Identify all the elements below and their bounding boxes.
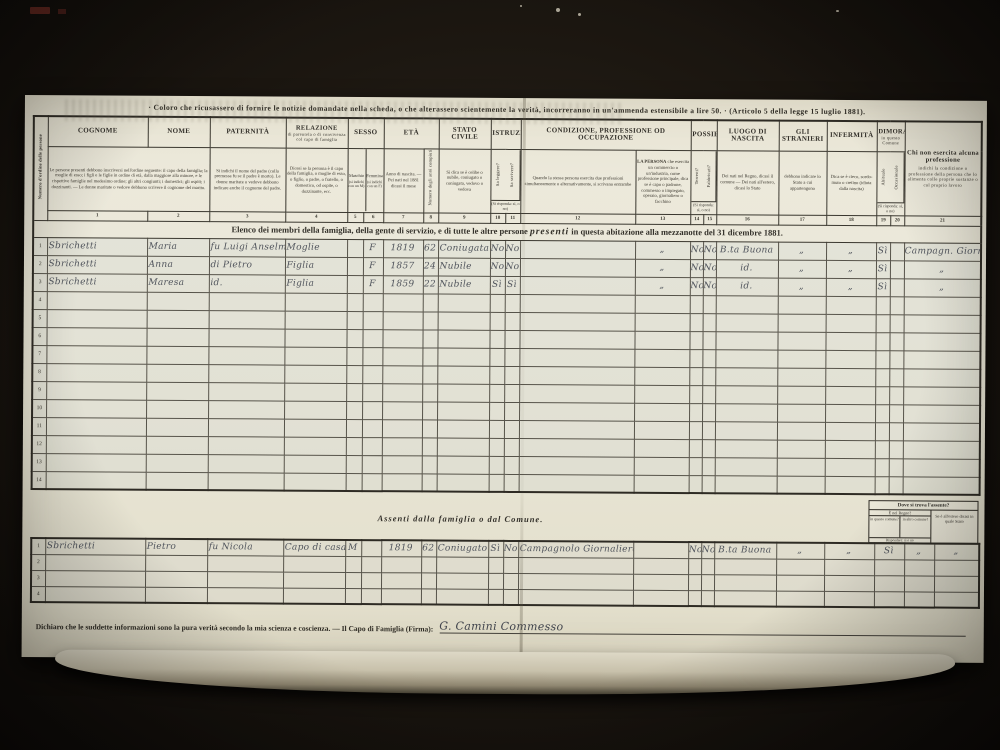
cell-fabbricati [702, 457, 715, 475]
col-num: 14 [690, 214, 703, 224]
cell-fabbricati [703, 313, 716, 331]
cell-anni [423, 293, 438, 311]
desc-dimora: Abituale Occasionale (Si risponda: sì, o… [876, 151, 904, 215]
cell-terreni: No [690, 259, 703, 277]
cell-row-number: 1 [31, 538, 45, 554]
cell-dimora-occasionale [889, 404, 903, 422]
col-num: 1 [47, 210, 147, 221]
cell-condizione [519, 384, 634, 403]
cell-sa-leggere [488, 589, 503, 605]
cell-relazione [284, 329, 346, 347]
col-num: 2 [147, 211, 209, 221]
cell-la-persona [633, 574, 688, 590]
cell-dimora-occasionale [890, 296, 904, 314]
cell-cognome: Sbrichetti [47, 255, 147, 274]
cell-relazione: Figlia [285, 257, 347, 275]
cell-row-number: 12 [32, 435, 46, 453]
cell-dimora-occasionale [890, 242, 904, 260]
cell-dimora-occasionale [889, 458, 903, 476]
cell-stato-civile [437, 456, 489, 474]
cell-anno-nascita [383, 293, 423, 311]
cell-cognome [46, 399, 146, 418]
cell-anno-nascita: 1819 [383, 239, 423, 257]
cell-anni [421, 572, 436, 588]
cell-anno-nascita [381, 556, 421, 572]
cell-femmina [361, 588, 381, 604]
cell-dimora-occasionale [889, 350, 903, 368]
cell-sa-scrivere [503, 557, 518, 573]
cell-anno-nascita: 1819 [381, 540, 421, 556]
cell-dimora-occasionale [889, 332, 903, 350]
cell-paternita [207, 571, 283, 587]
cell-nome [146, 436, 208, 454]
occasionale-label: Occasionale [890, 152, 904, 202]
relazione-sublabel: di parentela o di convivenza col capo di… [287, 131, 346, 141]
cell-stranieri: „ [778, 242, 826, 260]
cell-dimora-abituale [875, 386, 889, 404]
cell-stato-civile [437, 402, 489, 420]
cell-sa-scrivere [504, 348, 519, 366]
cell-chi-non-esercita [903, 404, 980, 422]
cell-chi-non-esercita [903, 440, 980, 458]
cell-stranieri [777, 350, 825, 368]
cell-row-number: 11 [32, 417, 46, 435]
cell-fabbricati [701, 590, 714, 606]
cell-sa-scrivere [504, 330, 519, 348]
cell-sa-leggere [489, 420, 504, 438]
dust-speck [520, 5, 522, 7]
dust-speck [836, 10, 839, 12]
cell-stranieri: „ [776, 543, 824, 559]
maschio-label: Maschio [349, 172, 364, 177]
terreni-label: Terreni? [691, 151, 703, 201]
cell-condizione [518, 557, 633, 574]
cell-chi-non-esercita: „ [904, 260, 981, 278]
cell-dimora-occasionale [889, 440, 903, 458]
cell-maschio: M [345, 540, 361, 556]
cell-terreni [690, 295, 703, 313]
cell-terreni [689, 331, 702, 349]
cell-maschio [347, 257, 363, 275]
cell-terreni: No [688, 542, 701, 558]
cell-stranieri [777, 332, 825, 350]
cell-fabbricati [701, 574, 714, 590]
cell-relazione [283, 572, 345, 588]
cell-row-number: 2 [33, 255, 47, 273]
cell-stranieri [777, 440, 825, 458]
cell-relazione [283, 588, 345, 604]
cell-fabbricati: No [703, 241, 716, 259]
cell-infermita: „ [826, 278, 876, 296]
cell-condizione [520, 276, 635, 295]
cell-maschio [346, 365, 362, 383]
cell-anni [422, 437, 437, 455]
cell-infermita [825, 386, 875, 404]
cell-anno-nascita: 1857 [383, 257, 423, 275]
cell-luogo-nascita: B.ta Buona [714, 542, 776, 558]
cell-stranieri [777, 404, 825, 422]
cell-stranieri: „ [778, 278, 826, 296]
cell-femmina [362, 473, 382, 491]
cell-la-persona: „ [635, 259, 690, 277]
cell-terreni [690, 313, 703, 331]
cell-terreni: No [690, 241, 703, 259]
cell-femmina: F [363, 239, 383, 257]
cell-anni [422, 329, 437, 347]
cell-nome [147, 310, 209, 328]
cell-anno-nascita [382, 329, 422, 347]
cell-relazione [284, 347, 346, 365]
col-num: 10 [490, 213, 505, 223]
present-persons-table: Numero d'ordine delle persone COGNOME NO… [31, 115, 983, 496]
cell-paternita [208, 418, 284, 436]
cell-fabbricati [703, 295, 716, 313]
cell-condizione [519, 438, 634, 457]
relazione-label: RELAZIONE [287, 124, 346, 132]
cell-anno-nascita [382, 437, 422, 455]
cell-maschio [346, 437, 362, 455]
cell-maschio [347, 311, 363, 329]
col-num: 12 [520, 213, 635, 224]
cell-dimora-abituale [876, 314, 890, 332]
cell-dimora-abituale: Sì [876, 242, 890, 260]
absent-persons-table: 1 Sbrichetti Pietro fu Nicola Capo di ca… [30, 537, 980, 609]
cell-stranieri [777, 368, 825, 386]
cell-relazione [284, 473, 346, 491]
cell-relazione: Figlia [285, 275, 347, 293]
present-rows-body: 1 Sbrichetti Maria fu Luigi Anselmi Mogl… [32, 237, 982, 495]
cell-stato-civile [436, 557, 488, 573]
dove-rispondere-note: Rispondere: sì o no [869, 537, 930, 542]
desc-luogo-nascita: Dei nati nel Regno, dicasi il comune — D… [716, 150, 778, 214]
cell-sa-scrivere [505, 312, 520, 330]
cell-dimora-occasionale [889, 422, 903, 440]
cell-stato-civile: Coniugata [438, 240, 490, 258]
cell-stato-civile [438, 294, 490, 312]
desc-relazione: Dicesi se la persona è il capo della fam… [285, 148, 347, 212]
cell-infermita [826, 314, 876, 332]
dove-questo-comune: in questo comune? [869, 516, 899, 537]
desc-sesso: Maschio(si indichi con un M) Femmina(si … [347, 148, 383, 212]
cell-paternita: fu Nicola [207, 539, 283, 555]
col-num: 15 [703, 214, 716, 224]
cell-dimora-occasionale [890, 278, 904, 296]
photo-of-census-form: { "warning_line": "· Coloro che ricusass… [0, 0, 1000, 750]
cell-luogo-nascita [715, 349, 777, 367]
cell-row-number: 3 [31, 570, 45, 586]
cell-fabbricati [702, 349, 715, 367]
cell-sa-scrivere [503, 589, 518, 605]
desc-stranieri: debbono indicare lo Stato a cui apparten… [778, 151, 826, 215]
declaration-text: Dichiaro che le suddette informazioni so… [36, 622, 434, 633]
bleed-through-text [65, 99, 625, 124]
cell-la-persona: „ [635, 277, 690, 295]
cell-cognome [45, 554, 145, 571]
cell-paternita [208, 328, 284, 346]
cell-luogo-nascita [716, 295, 778, 313]
cell-row-number: 10 [32, 399, 46, 417]
cell-anni [422, 401, 437, 419]
cell-fabbricati [701, 558, 714, 574]
cell-sa-scrivere: Sì [505, 276, 520, 294]
cell-cognome [46, 327, 146, 346]
cell-femmina [363, 293, 383, 311]
cell-luogo-nascita [715, 457, 777, 475]
cell-anno-nascita [382, 401, 422, 419]
cell-paternita: id. [209, 274, 285, 292]
cell-maschio [345, 588, 361, 604]
col-num: 7 [383, 212, 423, 222]
la-persona-desc: che esercita un commercio o un'industria… [638, 159, 689, 204]
cell-row-number: 14 [32, 471, 46, 489]
cell-cognome [45, 586, 145, 603]
desc-istruzione: Sa leggere? Sa scrivere? (Si risponda: s… [490, 149, 520, 213]
cell-row-number: 4 [33, 291, 47, 309]
cell-femmina [362, 455, 382, 473]
cell-sa-leggere: No [490, 258, 505, 276]
cell-cognome [45, 570, 145, 587]
cell-sa-scrivere [505, 294, 520, 312]
cell-la-persona [634, 331, 689, 349]
cell-condizione: Campagnolo Giornaliero [518, 541, 633, 558]
cell-terreni [688, 558, 701, 574]
col-num: 9 [438, 213, 490, 223]
desc-paternita: Si indichi il nome del padre (colla prem… [209, 147, 285, 211]
red-label-mark [58, 9, 66, 14]
cell-anni [421, 588, 436, 604]
cell-cognome [46, 345, 146, 364]
cell-la-persona: „ [635, 241, 690, 259]
head-of-family-signature: G. Camini Commesso [439, 620, 966, 637]
dust-speck [556, 8, 560, 12]
cell-cognome [46, 381, 146, 400]
cell-dimora-abituale [875, 404, 889, 422]
cell-terreni [689, 421, 702, 439]
cell-sa-scrivere [504, 384, 519, 402]
cell-cognome [46, 435, 146, 454]
cell-relazione [285, 293, 347, 311]
cell-infermita [824, 559, 874, 575]
col-header-row-number: Numero d'ordine delle persone [33, 116, 48, 220]
cell-fabbricati [702, 421, 715, 439]
cell-chi-non-esercita [903, 476, 980, 494]
cell-chi-non-esercita [904, 332, 981, 350]
cell-sa-scrivere [504, 456, 519, 474]
cell-condizione [520, 294, 635, 313]
cell-in-questo-comune [874, 575, 904, 591]
cell-stranieri [776, 575, 824, 591]
cell-row-number: 8 [32, 363, 46, 381]
sa-leggere-label: Sa leggere? [491, 150, 505, 200]
cell-sa-scrivere: No [505, 258, 520, 276]
cell-stato-civile [437, 420, 489, 438]
col-header-stranieri: GLI STRANIERI [779, 121, 827, 151]
cell-relazione [284, 419, 346, 437]
cell-stranieri [778, 296, 826, 314]
cell-terreni [689, 349, 702, 367]
cell-in-altro-comune [904, 575, 934, 591]
cell-sa-leggere [489, 330, 504, 348]
cell-anni [422, 419, 437, 437]
cell-sa-scrivere: No [503, 541, 518, 557]
cell-sa-scrivere [504, 438, 519, 456]
abituale-label: Abituale [877, 152, 890, 202]
paper-bottom-curl [55, 650, 955, 697]
col-header-chi-non-esercita: Chi non esercita alcuna professione indi… [904, 121, 982, 215]
cell-sa-leggere: No [490, 240, 505, 258]
desc-anni-compiuti: Numero degli anni compiuti [423, 148, 438, 212]
cell-dimora-abituale: Sì [876, 278, 890, 296]
dimora-note: (Si risponda: sì, o no) [877, 202, 904, 214]
cell-relazione [285, 311, 347, 329]
col-num: 6 [363, 212, 383, 222]
cell-paternita [208, 436, 284, 454]
red-label-mark [30, 7, 50, 14]
cell-dimora-abituale: Sì [876, 260, 890, 278]
cell-luogo-nascita [715, 331, 777, 349]
cell-luogo-nascita [715, 421, 777, 439]
cell-anno-nascita [382, 347, 422, 365]
cell-sa-leggere [490, 294, 505, 312]
cell-anno-nascita [381, 572, 421, 588]
cell-sa-scrivere [504, 402, 519, 420]
cell-anni [422, 455, 437, 473]
desc-stato-civile: Si dica se è celibe o nubile, coniugato … [438, 149, 490, 213]
cell-luogo-nascita [714, 558, 776, 574]
cell-chi-non-esercita [903, 368, 980, 386]
cell-la-persona [634, 367, 689, 385]
cell-condizione [519, 456, 634, 475]
cell-dimora-occasionale [889, 386, 903, 404]
col-header-infermita: INFERMITÀ [827, 121, 877, 151]
cell-stranieri: „ [778, 260, 826, 278]
col-num: 16 [716, 214, 778, 224]
cell-nome [146, 346, 208, 364]
cell-chi-non-esercita [903, 458, 980, 476]
cell-sa-scrivere [504, 366, 519, 384]
desc-possiede: Terreni? Fabbricati? (Si risponda: sì, o… [690, 150, 716, 214]
cell-infermita [824, 591, 874, 607]
col-num: 5 [347, 212, 363, 222]
absent-section-header: Assenti dalla famiglia o dal Comune. Dov… [30, 495, 978, 543]
cell-stato-civile: Nubile [438, 258, 490, 276]
cell-femmina [362, 419, 382, 437]
cell-maschio [345, 556, 361, 572]
col-num: 21 [904, 215, 981, 225]
cell-nome: Pietro [145, 539, 207, 555]
col-num: 4 [285, 212, 347, 222]
cell-nome [146, 472, 208, 490]
cell-chi-non-esercita [903, 350, 980, 368]
cell-terreni [688, 574, 701, 590]
cell-nome [146, 328, 208, 346]
cell-row-number: 5 [33, 309, 47, 327]
cell-terreni [689, 439, 702, 457]
cell-infermita: „ [824, 543, 874, 559]
cell-maschio [346, 473, 362, 491]
cell-la-persona [634, 421, 689, 439]
cell-maschio [346, 455, 362, 473]
cell-estero-stato [934, 592, 979, 608]
cell-row-number: 1 [33, 237, 47, 255]
cell-stato-civile: Coniugato [436, 541, 488, 557]
cell-la-persona [633, 558, 688, 574]
cell-paternita [209, 292, 285, 310]
cell-stranieri [777, 458, 825, 476]
cell-estero-stato [934, 560, 979, 576]
cell-maschio [346, 329, 362, 347]
cell-fabbricati [702, 439, 715, 457]
cell-sa-leggere [488, 557, 503, 573]
cell-sa-scrivere [503, 573, 518, 589]
cell-fabbricati: No [701, 542, 714, 558]
cell-la-persona [634, 475, 689, 493]
cell-paternita [207, 555, 283, 571]
cell-condizione [520, 312, 635, 331]
cell-stato-civile [436, 589, 488, 605]
istruzione-note: (Si risponda: sì, o no) [491, 200, 520, 212]
sesso-femmina: Femmina(si indichi con un F) [365, 149, 383, 211]
cell-stato-civile [437, 438, 489, 456]
cell-luogo-nascita [714, 590, 776, 606]
cell-chi-non-esercita [904, 296, 981, 314]
cell-cognome [46, 471, 146, 490]
cell-paternita [208, 346, 284, 364]
cell-anno-nascita [382, 419, 422, 437]
cell-sa-leggere: Sì [490, 276, 505, 294]
cell-dimora-occasionale [889, 476, 903, 494]
cell-relazione: Moglie [285, 239, 347, 257]
cell-infermita [826, 296, 876, 314]
cell-luogo-nascita [715, 403, 777, 421]
cell-condizione [518, 589, 633, 606]
cell-fabbricati [702, 367, 715, 385]
cell-anni: 62 [421, 540, 436, 556]
col-num: 20 [890, 215, 904, 225]
cell-luogo-nascita: B.ta Buona [716, 241, 778, 259]
cell-stato-civile: Nubile [438, 276, 490, 294]
dove-altro-comune: in altro comune? [899, 516, 930, 537]
cell-paternita: fu Luigi Anselmi [209, 238, 285, 256]
cell-relazione [284, 365, 346, 383]
cell-dimora-abituale [875, 440, 889, 458]
cell-infermita: „ [826, 242, 876, 260]
cell-luogo-nascita: id. [716, 259, 778, 277]
desc-condizione: Quando la stessa persona esercita due pr… [520, 149, 635, 214]
cell-stranieri [777, 476, 825, 494]
cell-stato-civile [437, 330, 489, 348]
cell-paternita [208, 382, 284, 400]
sesso-maschio: Maschio(si indichi con un M) [348, 149, 365, 211]
cell-paternita [208, 454, 284, 472]
absent-rows-body: 1 Sbrichetti Pietro fu Nicola Capo di ca… [31, 538, 979, 608]
cell-femmina [362, 365, 382, 383]
cell-la-persona [634, 457, 689, 475]
desc-infermita: Dica se è cieco, sordo-muto o cretino (i… [826, 151, 876, 215]
col-num: 13 [635, 214, 690, 224]
cell-in-questo-comune [874, 559, 904, 575]
absent-section-title: Assenti dalla famiglia o dal Comune. [210, 512, 710, 525]
cell-relazione [284, 455, 346, 473]
cell-fabbricati: No [703, 277, 716, 295]
dimora-sublabel: in questo Comune [878, 135, 903, 145]
dust-speck [578, 13, 581, 16]
cell-luogo-nascita: id. [716, 277, 778, 295]
cell-stranieri [778, 314, 826, 332]
desc-cognome-nome: Le persone presenti debbono inscriversi … [47, 146, 209, 211]
census-form-sheet: · Coloro che ricusassero di fornire le n… [22, 95, 987, 663]
cell-la-persona [635, 313, 690, 331]
